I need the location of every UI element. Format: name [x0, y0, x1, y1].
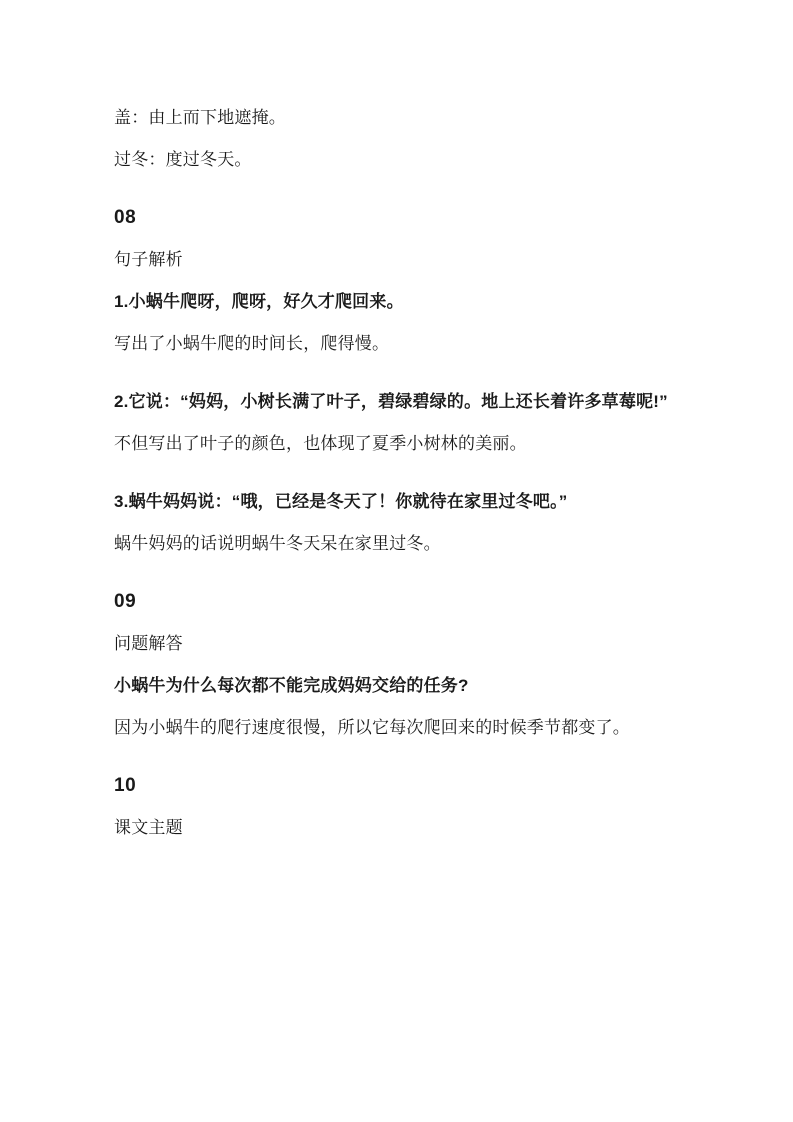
sentence-2-analysis: 不但写出了叶子的颜色，也体现了夏季小树林的美丽。	[114, 435, 703, 452]
section-title-text-theme: 课文主题	[114, 819, 703, 836]
sentence-1-analysis: 写出了小蜗牛爬的时间长，爬得慢。	[114, 335, 703, 352]
section-number-10: 10	[114, 777, 703, 794]
word-definition-guodong: 过冬：度过冬天。	[114, 151, 703, 168]
sentence-2: 2.它说：“妈妈，小树长满了叶子，碧绿碧绿的。地上还长着许多草莓呢!”	[114, 393, 703, 410]
section-number-08: 08	[114, 209, 703, 226]
word-definition-gai: 盖：由上而下地遮掩。	[114, 109, 703, 126]
section-title-question-answer: 问题解答	[114, 635, 703, 652]
section-title-sentence-analysis: 句子解析	[114, 251, 703, 268]
question: 小蜗牛为什么每次都不能完成妈妈交给的任务?	[114, 677, 703, 694]
answer: 因为小蜗牛的爬行速度很慢，所以它每次爬回来的时候季节都变了。	[114, 719, 703, 736]
sentence-3: 3.蜗牛妈妈说：“哦，已经是冬天了！你就待在家里过冬吧。”	[114, 493, 703, 510]
sentence-1: 1.小蜗牛爬呀，爬呀，好久才爬回来。	[114, 293, 703, 310]
section-number-09: 09	[114, 593, 703, 610]
sentence-3-analysis: 蜗牛妈妈的话说明蜗牛冬天呆在家里过冬。	[114, 535, 703, 552]
document-page: 盖：由上而下地遮掩。 过冬：度过冬天。 08 句子解析 1.小蜗牛爬呀，爬呀，好…	[0, 0, 793, 1122]
